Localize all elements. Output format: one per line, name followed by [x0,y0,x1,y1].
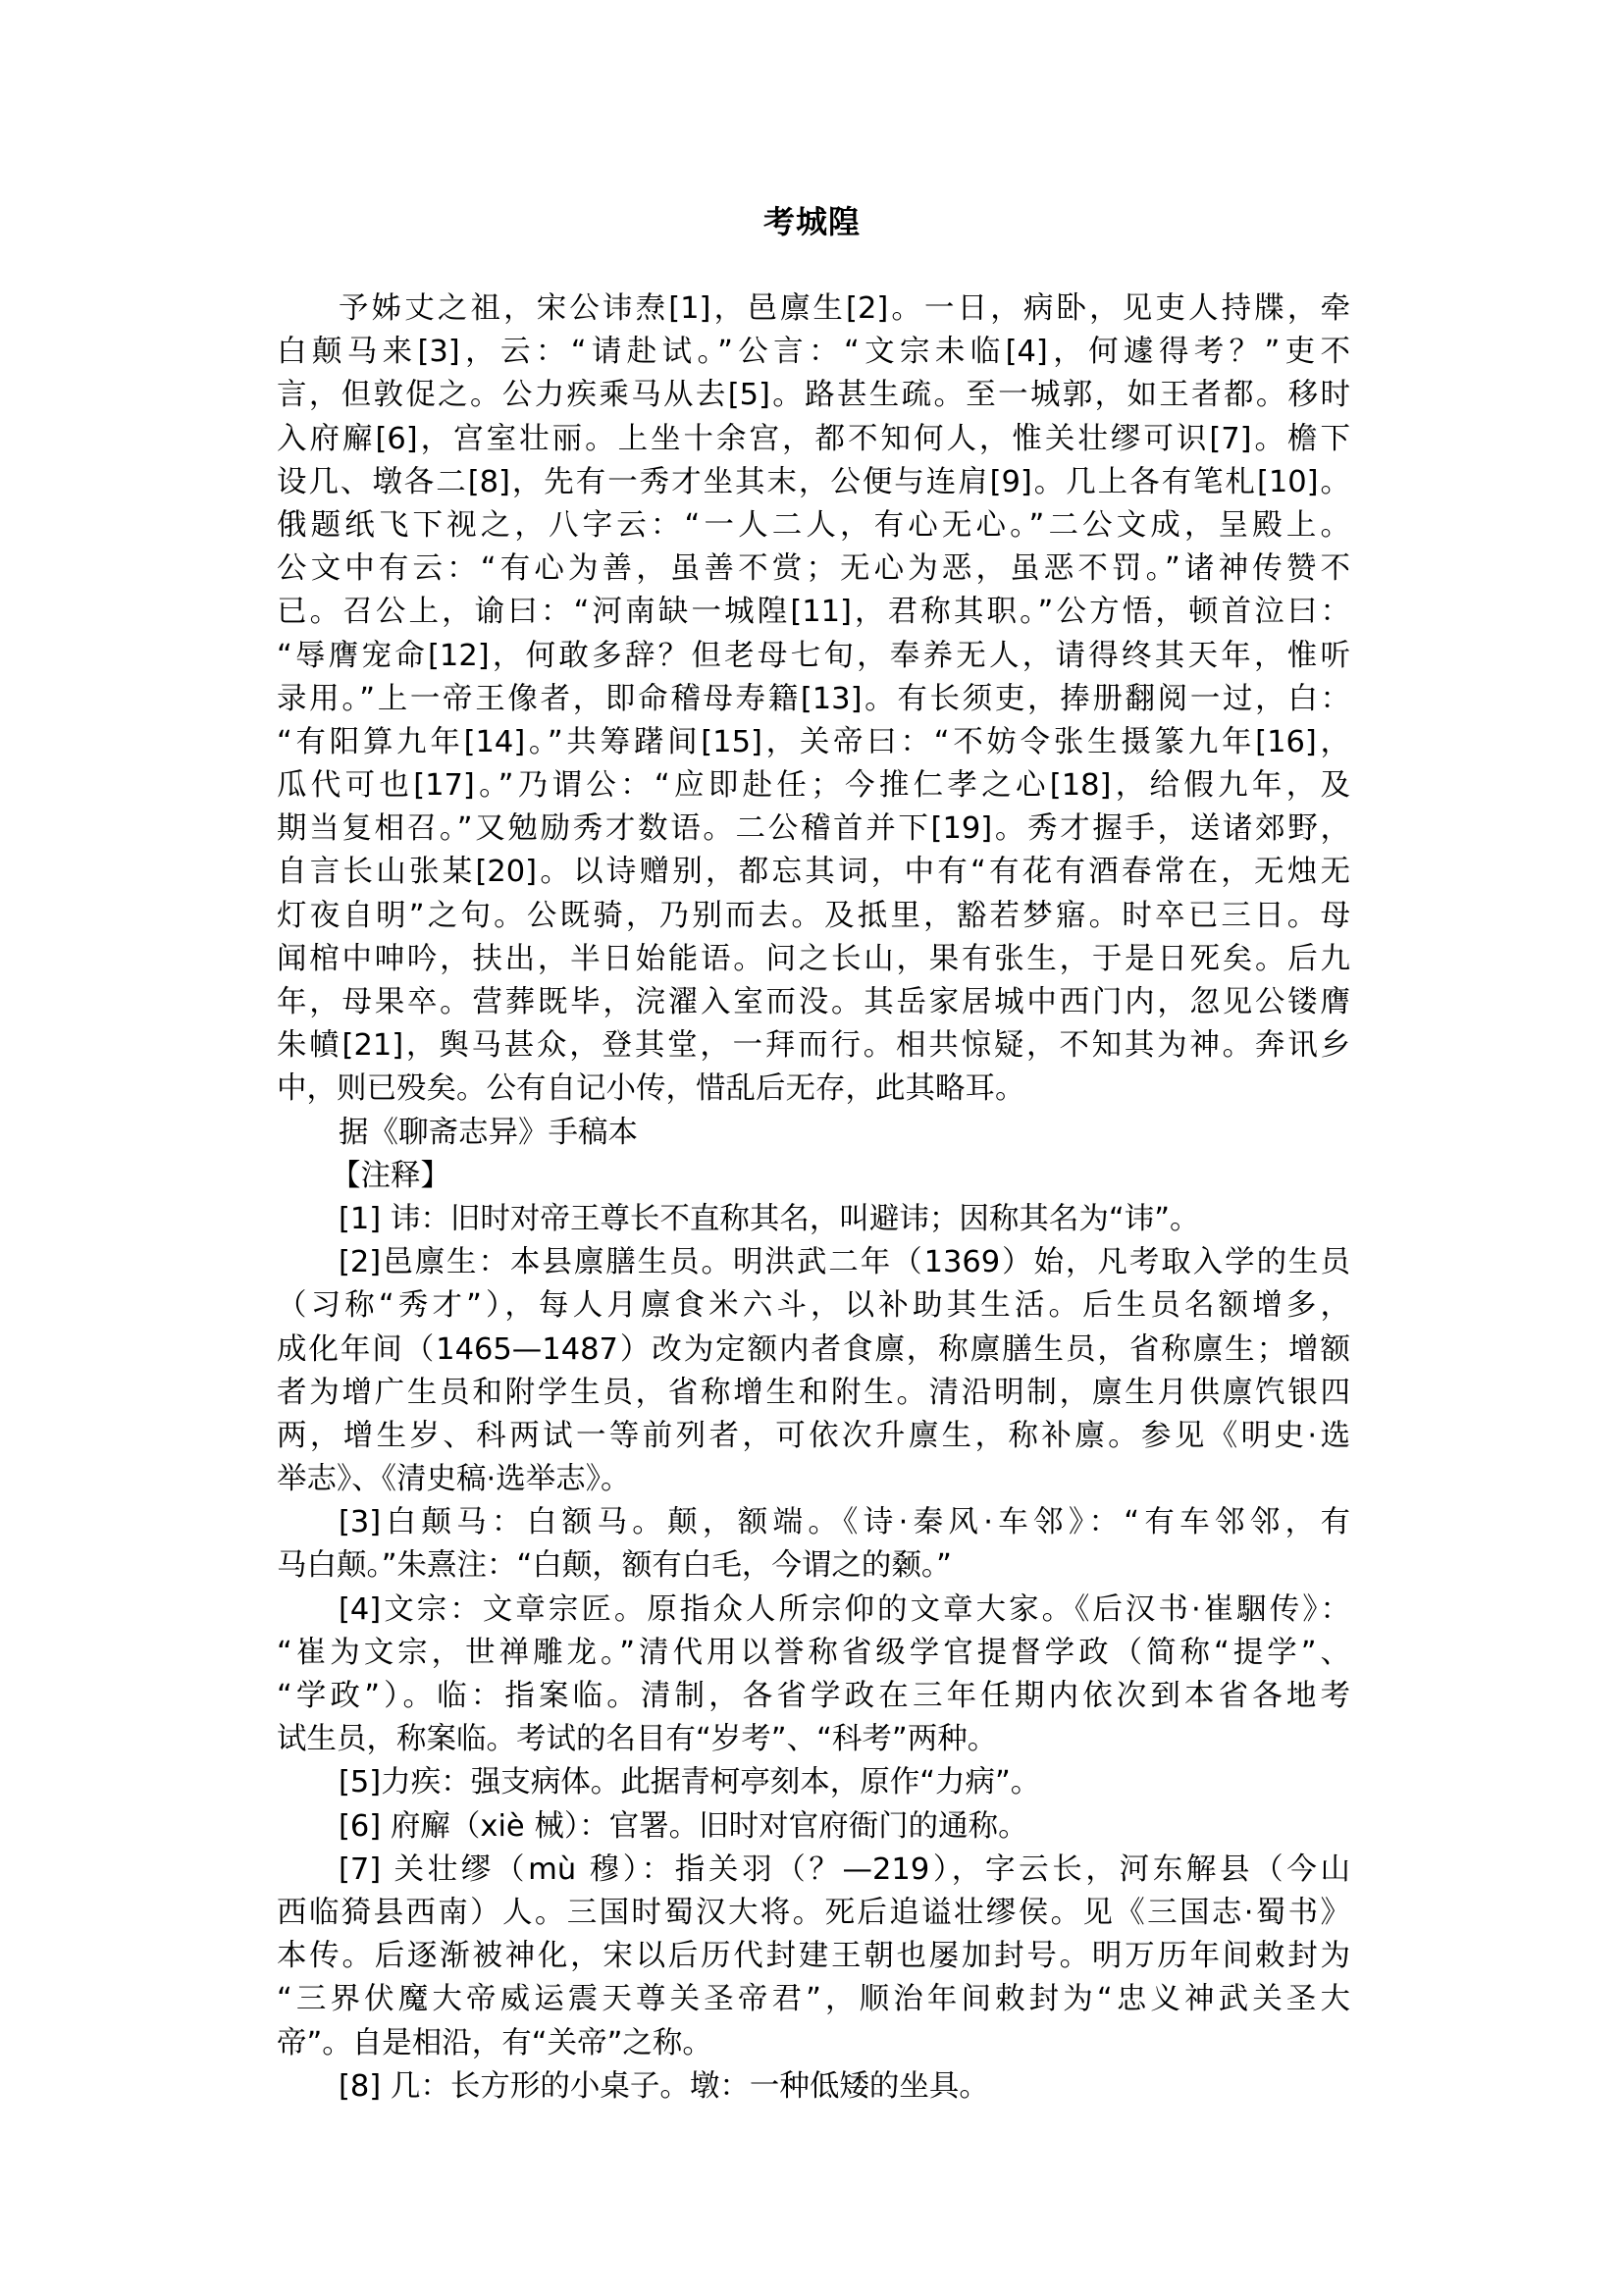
note-line: [8] 几：长方形的小桌子。墩：一种低矮的坐具。 [277,2065,1350,2109]
story-line: 瓜代可也[17]。”乃谓公：“应即赴任；今推仁孝之心[18]，给假九年，及 [277,764,1350,808]
story-line: 年，母果卒。营葬既毕，浣濯入室而没。其岳家居城中西门内，忽见公镂膺 [277,981,1350,1024]
note-line: 西临猗县西南）人。三国时蜀汉大将。死后追谥壮缪侯。见《三国志·蜀书》 [277,1892,1350,1935]
note-line: 本传。后逐渐被神化，宋以后历代封建王朝也屡加封号。明万历年间敕封为 [277,1935,1350,1978]
note-8: [8] 几：长方形的小桌子。墩：一种低矮的坐具。 [277,2065,1350,2109]
note-line: [3]白颠马：白额马。颠，额端。《诗·秦风·车邻》：“有车邻邻，有 [277,1501,1350,1544]
story-line: 入府廨[6]，宫室壮丽。上坐十余宫，都不知何人，惟关壮缪可识[7]。檐下 [277,418,1350,461]
story-line: 俄题纸飞下视之，八字云：“一人二人，有心无心。”二公文成，呈殿上。 [277,504,1350,547]
note-line: 马白颠。”朱熹注：“白颠，额有白毛，今谓之的颡。” [277,1544,1350,1588]
note-line: [6] 府廨（xiè 械）：官署。旧时对官府衙门的通称。 [277,1805,1350,1849]
note-line: [1] 讳：旧时对帝王尊长不直称其名，叫避讳；因称其名为“讳”。 [277,1198,1350,1241]
note-line: 帝”。自是相沿，有“关帝”之称。 [277,2022,1350,2065]
story-line: 中，则已殁矣。公有自记小传，惜乱后无存，此其略耳。 [277,1068,1350,1111]
note-line: 两，增生岁、科两试一等前列者，可依次升廪生，称补廪。参见《明史·选 [277,1415,1350,1458]
story-line: 期当复相召。”又勉励秀才数语。二公稽首并下[19]。秀才握手，送诸郊野， [277,808,1350,851]
note-line: [7] 关壮缪（mù 穆）：指关羽（？—219），字云长，河东解县（今山 [277,1849,1350,1892]
source-note: 据《聊斋志异》手稿本 [277,1112,1350,1155]
note-line: [2]邑廪生：本县廪膳生员。明洪武二年（1369）始，凡考取入学的生员 [277,1241,1350,1284]
note-1: [1] 讳：旧时对帝王尊长不直称其名，叫避讳；因称其名为“讳”。 [277,1198,1350,1241]
story-line: “辱膺宠命[12]，何敢多辞？但老母七旬，奉养无人，请得终其天年，惟听 [277,635,1350,678]
story-line: 灯夜自明”之句。公既骑，乃别而去。及抵里，豁若梦寤。时卒已三日。母 [277,895,1350,938]
document-page: 考城隍 予姊丈之祖，宋公讳焘[1]，邑廪生[2]。一日，病卧，见吏人持牒，牵 白… [0,0,1624,2294]
note-line: [4]文宗：文章宗匠。原指众人所宗仰的文章大家。《后汉书·崔駰传》： [277,1589,1350,1632]
story-line: 录用。”上一帝王像者，即命稽母寿籍[13]。有长须吏，捧册翻阅一过，白： [277,678,1350,721]
story-line: 予姊丈之祖，宋公讳焘[1]，邑廪生[2]。一日，病卧，见吏人持牒，牵 [277,287,1350,331]
note-line: 举志》、《清史稿·选举志》。 [277,1458,1350,1501]
note-4: [4]文宗：文章宗匠。原指众人所宗仰的文章大家。《后汉书·崔駰传》： “崔为文宗… [277,1589,1350,1762]
note-2: [2]邑廪生：本县廪膳生员。明洪武二年（1369）始，凡考取入学的生员 （习称“… [277,1241,1350,1501]
story-line: 朱幩[21]，舆马甚众，登其堂，一拜而行。相共惊疑，不知其为神。奔讯乡 [277,1024,1350,1068]
story-line: 白颠马来[3]，云：“请赴试。”公言：“文宗未临[4]，何遽得考？”吏不 [277,331,1350,374]
note-line: 成化年间（1465—1487）改为定额内者食廪，称廪膳生员，省称廪生；增额 [277,1329,1350,1372]
story-paragraph: 予姊丈之祖，宋公讳焘[1]，邑廪生[2]。一日，病卧，见吏人持牒，牵 白颠马来[… [277,287,1350,1112]
story-line: 设几、墩各二[8]，先有一秀才坐其末，公便与连肩[9]。几上各有笔札[10]。 [277,461,1350,504]
story-line: 已。召公上，谕曰：“河南缺一城隍[11]，君称其职。”公方悟，顿首泣曰： [277,591,1350,634]
note-line: “崔为文宗，世禅雕龙。”清代用以誉称省级学官提督学政（简称“提学”、 [277,1632,1350,1675]
story-line: “有阳算九年[14]。”共筹躇间[15]，关帝曰：“不妨令张生摄篆九年[16]， [277,721,1350,764]
note-5: [5]力疾：强支病体。此据青柯亭刻本，原作“力病”。 [277,1761,1350,1804]
note-6: [6] 府廨（xiè 械）：官署。旧时对官府衙门的通称。 [277,1805,1350,1849]
story-line: 公文中有云：“有心为善，虽善不赏；无心为恶，虽恶不罚。”诸神传赞不 [277,547,1350,591]
note-3: [3]白颠马：白额马。颠，额端。《诗·秦风·车邻》：“有车邻邻，有 马白颠。”朱… [277,1501,1350,1588]
document-body: 予姊丈之祖，宋公讳焘[1]，邑廪生[2]。一日，病卧，见吏人持牒，牵 白颠马来[… [277,287,1350,2109]
note-line: “三界伏魔大帝威运震天尊关圣帝君”，顺治年间敕封为“忠义神武关圣大 [277,1978,1350,2021]
note-line: 试生员，称案临。考试的名目有“岁考”、“科考”两种。 [277,1718,1350,1761]
note-line: “学政”）。临：指案临。清制，各省学政在三年任期内依次到本省各地考 [277,1675,1350,1718]
story-line: 言，但敦促之。公力疾乘马从去[5]。路甚生疏。至一城郭，如王者都。移时 [277,374,1350,417]
note-7: [7] 关壮缪（mù 穆）：指关羽（？—219），字云长，河东解县（今山 西临猗… [277,1849,1350,2065]
notes-heading: 【注释】 [277,1155,1350,1198]
note-line: 者为增广生员和附学生员，省称增生和附生。清沿明制，廪生月供廪饩银四 [277,1372,1350,1415]
page-title: 考城隍 [0,200,1624,243]
note-line: [5]力疾：强支病体。此据青柯亭刻本，原作“力病”。 [277,1761,1350,1804]
note-line: （习称“秀才”），每人月廪食米六斗，以补助其生活。后生员名额增多， [277,1284,1350,1328]
story-line: 自言长山张某[20]。以诗赠别，都忘其词，中有“有花有酒春常在，无烛无 [277,851,1350,894]
story-line: 闻棺中呻吟，扶出，半日始能语。问之长山，果有张生，于是日死矣。后九 [277,938,1350,981]
